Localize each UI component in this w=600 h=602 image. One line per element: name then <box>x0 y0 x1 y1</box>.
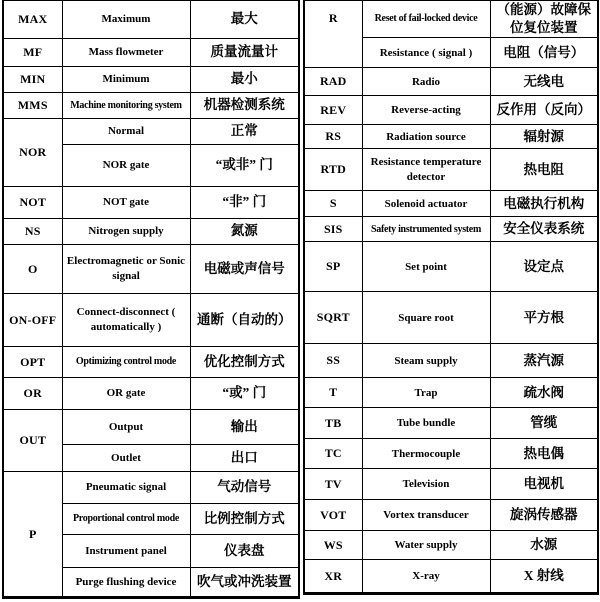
table-row-vot: VOT Vortex transducer 旋涡传感器 <box>304 500 598 531</box>
chinese-cell: 最小 <box>190 67 299 93</box>
english-cell: NOR gate <box>62 145 190 187</box>
table-row-tb: TB Tube bundle 管缆 <box>304 408 598 439</box>
chinese-cell: 输出 <box>190 410 299 445</box>
english-cell: Water supply <box>362 531 490 560</box>
english-cell: Square root <box>362 292 490 344</box>
english-cell: Purge flushing device <box>62 568 190 598</box>
chinese-cell: 热电偶 <box>490 439 598 469</box>
abbr-cell: SP <box>304 242 362 292</box>
english-cell: NOT gate <box>62 187 190 219</box>
table-row-tc: TC Thermocouple 热电偶 <box>304 439 598 469</box>
table-row-o: O Electromagnetic or Sonic signal 电磁或声信号 <box>3 245 299 294</box>
table-row-not: NOT NOT gate “非” 门 <box>3 187 299 219</box>
abbr-cell: MAX <box>3 1 62 39</box>
chinese-cell: 最大 <box>190 1 299 39</box>
chinese-cell: （能源）故障保位复位装置 <box>490 1 598 38</box>
table-row-rad: RAD Radio 无线电 <box>304 68 598 96</box>
abbr-cell: S <box>304 191 362 217</box>
chinese-cell: 疏水阀 <box>490 378 598 408</box>
abbr-cell: ON-OFF <box>3 294 62 347</box>
abbr-cell: WS <box>304 531 362 560</box>
chinese-cell: 机器检测系统 <box>190 93 299 119</box>
english-cell: Thermocouple <box>362 439 490 469</box>
chinese-cell: “非” 门 <box>190 187 299 219</box>
english-cell: Safety instrumented system <box>362 217 490 242</box>
table-row-t: T Trap 疏水阀 <box>304 378 598 408</box>
chinese-cell: 热电阻 <box>490 149 598 191</box>
abbr-cell: OUT <box>3 410 62 472</box>
abbr-cell: R <box>304 1 362 68</box>
chinese-cell: “或非” 门 <box>190 145 299 187</box>
abbr-cell: NOR <box>3 119 62 187</box>
english-cell: Radiation source <box>362 125 490 149</box>
abbr-cell: RAD <box>304 68 362 96</box>
table-row-ns: NS Nitrogen supply 氮源 <box>3 219 299 245</box>
english-cell: OR gate <box>62 378 190 410</box>
english-cell: Mass flowmeter <box>62 39 190 67</box>
english-cell: Reset of fail-locked device <box>362 1 490 38</box>
abbr-cell: P <box>3 472 62 598</box>
table-row-min: MIN Minimum 最小 <box>3 67 299 93</box>
table-row-or: OR OR gate “或” 门 <box>3 378 299 410</box>
abbr-cell: SS <box>304 344 362 378</box>
chinese-cell: 质量流量计 <box>190 39 299 67</box>
abbr-cell: REV <box>304 96 362 125</box>
english-cell: Solenoid actuator <box>362 191 490 217</box>
chinese-cell: 蒸汽源 <box>490 344 598 378</box>
table-row-on-off: ON-OFF Connect-disconnect ( automaticall… <box>3 294 299 347</box>
chinese-cell: 平方根 <box>490 292 598 344</box>
english-cell: Instrument panel <box>62 535 190 568</box>
english-cell: Pneumatic signal <box>62 472 190 504</box>
english-cell: Outlet <box>62 445 190 472</box>
table-row-rs: RS Radiation source 辐射源 <box>304 125 598 149</box>
abbreviation-table-right: R Reset of fail-locked device （能源）故障保位复位… <box>303 0 599 595</box>
abbr-cell: TC <box>304 439 362 469</box>
english-cell: Connect-disconnect ( automatically ) <box>62 294 190 347</box>
abbr-cell: RS <box>304 125 362 149</box>
english-cell: Resistance ( signal ) <box>362 38 490 68</box>
table-row-ss: SS Steam supply 蒸汽源 <box>304 344 598 378</box>
chinese-cell: 管缆 <box>490 408 598 439</box>
table-row-sis: SIS Safety instrumented system 安全仪表系统 <box>304 217 598 242</box>
abbr-cell: OPT <box>3 347 62 378</box>
english-cell: Optimizing control mode <box>62 347 190 378</box>
table-row-mf: MF Mass flowmeter 质量流量计 <box>3 39 299 67</box>
chinese-cell: 辐射源 <box>490 125 598 149</box>
abbr-cell: NS <box>3 219 62 245</box>
table-row-nor-normal: NOR Normal 正常 <box>3 119 299 145</box>
chinese-cell: 无线电 <box>490 68 598 96</box>
chinese-cell: 吹气或冲洗装置 <box>190 568 299 598</box>
chinese-cell: 安全仪表系统 <box>490 217 598 242</box>
document-page: MAX Maximum 最大 MF Mass flowmeter 质量流量计 M… <box>0 0 600 602</box>
abbr-cell: VOT <box>304 500 362 531</box>
table-row-out-output: OUT Output 输出 <box>3 410 299 445</box>
abbr-cell: NOT <box>3 187 62 219</box>
english-cell: Television <box>362 469 490 500</box>
english-cell: Normal <box>62 119 190 145</box>
english-cell: Reverse-acting <box>362 96 490 125</box>
chinese-cell: 电视机 <box>490 469 598 500</box>
table-row-rev: REV Reverse-acting 反作用（反向） <box>304 96 598 125</box>
table-row-r-reset: R Reset of fail-locked device （能源）故障保位复位… <box>304 1 598 38</box>
english-cell: Tube bundle <box>362 408 490 439</box>
english-cell: Set point <box>362 242 490 292</box>
english-cell: Machine monitoring system <box>62 93 190 119</box>
chinese-cell: 设定点 <box>490 242 598 292</box>
table-row-xr: XR X-ray X 射线 <box>304 560 598 594</box>
abbr-cell: RTD <box>304 149 362 191</box>
chinese-cell: 旋涡传感器 <box>490 500 598 531</box>
chinese-cell: “或” 门 <box>190 378 299 410</box>
table-row-max: MAX Maximum 最大 <box>3 1 299 39</box>
english-cell: X-ray <box>362 560 490 594</box>
table-row-rtd: RTD Resistance temperature detector 热电阻 <box>304 149 598 191</box>
english-cell: Nitrogen supply <box>62 219 190 245</box>
chinese-cell: 比例控制方式 <box>190 504 299 535</box>
abbr-cell: TB <box>304 408 362 439</box>
chinese-cell: 优化控制方式 <box>190 347 299 378</box>
chinese-cell: 电磁执行机构 <box>490 191 598 217</box>
english-cell: Trap <box>362 378 490 408</box>
chinese-cell: 电阻（信号） <box>490 38 598 68</box>
table-row-ws: WS Water supply 水源 <box>304 531 598 560</box>
english-cell: Output <box>62 410 190 445</box>
abbreviation-table-left: MAX Maximum 最大 MF Mass flowmeter 质量流量计 M… <box>2 0 300 599</box>
abbr-cell: T <box>304 378 362 408</box>
english-cell: Maximum <box>62 1 190 39</box>
abbr-cell: MIN <box>3 67 62 93</box>
chinese-cell: 正常 <box>190 119 299 145</box>
abbr-cell: SIS <box>304 217 362 242</box>
chinese-cell: 气动信号 <box>190 472 299 504</box>
abbr-cell: OR <box>3 378 62 410</box>
abbr-cell: TV <box>304 469 362 500</box>
table-row-s: S Solenoid actuator 电磁执行机构 <box>304 191 598 217</box>
chinese-cell: 氮源 <box>190 219 299 245</box>
abbr-cell: O <box>3 245 62 294</box>
table-row-sqrt: SQRT Square root 平方根 <box>304 292 598 344</box>
table-row-tv: TV Television 电视机 <box>304 469 598 500</box>
english-cell: Minimum <box>62 67 190 93</box>
english-cell: Proportional control mode <box>62 504 190 535</box>
chinese-cell: 通断（自动的） <box>190 294 299 347</box>
chinese-cell: 电磁或声信号 <box>190 245 299 294</box>
chinese-cell: 反作用（反向） <box>490 96 598 125</box>
english-cell: Resistance temperature detector <box>362 149 490 191</box>
chinese-cell: X 射线 <box>490 560 598 594</box>
abbr-cell: MF <box>3 39 62 67</box>
abbr-cell: XR <box>304 560 362 594</box>
english-cell: Vortex transducer <box>362 500 490 531</box>
table-row-mms: MMS Machine monitoring system 机器检测系统 <box>3 93 299 119</box>
chinese-cell: 出口 <box>190 445 299 472</box>
abbr-cell: SQRT <box>304 292 362 344</box>
chinese-cell: 水源 <box>490 531 598 560</box>
english-cell: Electromagnetic or Sonic signal <box>62 245 190 294</box>
english-cell: Radio <box>362 68 490 96</box>
table-row-p-pneumatic: P Pneumatic signal 气动信号 <box>3 472 299 504</box>
english-cell: Steam supply <box>362 344 490 378</box>
table-row-sp: SP Set point 设定点 <box>304 242 598 292</box>
table-row-opt: OPT Optimizing control mode 优化控制方式 <box>3 347 299 378</box>
chinese-cell: 仪表盘 <box>190 535 299 568</box>
abbr-cell: MMS <box>3 93 62 119</box>
